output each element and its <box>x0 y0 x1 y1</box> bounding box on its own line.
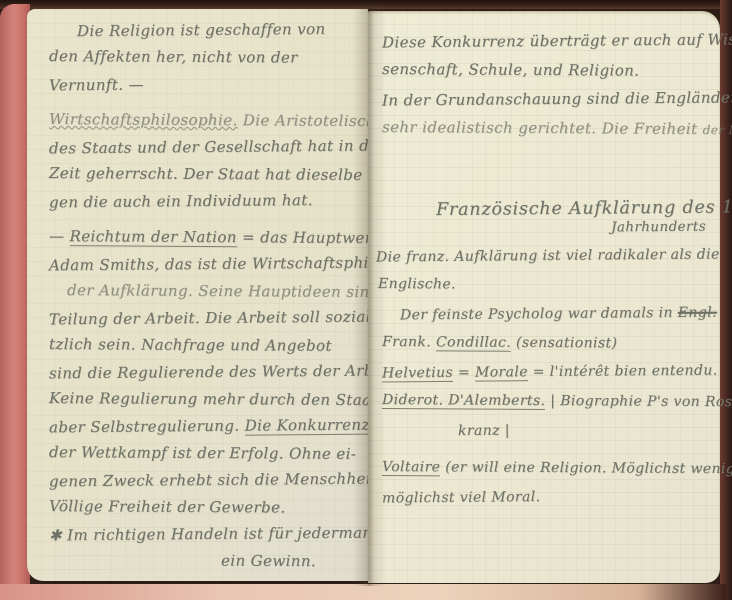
handwritten-line: Wirtschaftsphilosophie. Die Aristotelisc… <box>49 106 362 135</box>
section-heading-subline: Jahrhunderts <box>382 218 706 238</box>
right-page: Diese Konkurrenz überträgt er auch auf W… <box>368 11 720 583</box>
handwritten-line: Zeit geherrscht. Der Staat hat dieselbe … <box>49 160 362 189</box>
handwritten-line: Diese Konkurrenz überträgt er auch auf W… <box>382 26 712 58</box>
handwritten-line: Diderot. D'Alemberts. | Biographie P's v… <box>382 386 712 417</box>
handwritten-line: kranz | <box>458 415 712 446</box>
handwritten-line: In der Grundanschauung sind die Englände… <box>382 84 712 116</box>
handwritten-line: Die Religion ist geschaffen von <box>49 16 362 46</box>
handwritten-line: möglichst viel Moral. <box>382 481 712 513</box>
handwritten-line: Englische. <box>378 270 712 301</box>
handwritten-line: genen Zweck erhebt sich die Menschheit. <box>49 466 362 496</box>
handwritten-line: den Affekten her, nicht von der <box>49 43 362 72</box>
right-page-top-block: Diese Konkurrenz überträgt er auch auf W… <box>382 27 712 144</box>
handwritten-line: der Aufklärung. Seine Hauptideen sind a)… <box>67 277 362 306</box>
handwritten-line: Jahrhunderts <box>382 216 706 239</box>
handwritten-line: tzlich sein. Nachfrage und Angebot <box>49 331 362 360</box>
notebook-photo: Die Religion ist geschaffen von den Affe… <box>0 0 732 600</box>
handwritten-line: Teilung der Arbeit. Die Arbeit soll sozi… <box>49 304 362 334</box>
notebook-cover-bottom-edge <box>0 584 726 600</box>
handwritten-line: Frank. Condillac. (sensationist) <box>382 328 712 359</box>
handwritten-line: aber Selbstregulierung. Die Konkurrenz <box>49 412 362 442</box>
handwritten-line: Vernunft. — <box>49 70 362 100</box>
handwritten-line: senschaft, Schule, und Religion. <box>382 55 712 86</box>
handwritten-line: ✱ Im richtigen Handeln ist für jedermann <box>49 520 362 550</box>
handwritten-line: des Staats und der Gesellschaft hat in d… <box>49 133 362 163</box>
handwritten-line: Helvetius = Morale = l'intérêt bien ente… <box>382 356 712 388</box>
notebook-cover-top-edge <box>0 0 732 9</box>
handwritten-line: Völlige Freiheit der Gewerbe. <box>49 493 362 522</box>
notebook-cover-left-edge <box>0 4 30 600</box>
handwritten-line: Die franz. Aufklärung ist viel radikaler… <box>376 240 712 272</box>
handwritten-line: sind die Regulierende des Werts der Arbe… <box>49 358 362 388</box>
handwritten-line: Adam Smiths, das ist die Wirtschaftsphil… <box>49 250 362 280</box>
right-page-bottom-block: Die franz. Aufklärung ist viel radikaler… <box>382 242 712 512</box>
handwritten-line: sehr idealistisch gerichtet. Die Freihei… <box>382 113 712 145</box>
handwritten-line: ein Gewinn. <box>221 548 362 576</box>
handwritten-line: Keine Regulierung mehr durch den Staat <box>49 385 362 414</box>
handwritten-line: Voltaire (er will eine Religion. Möglich… <box>382 453 712 484</box>
handwritten-line: der Wettkampf ist der Erfolg. Ohne ei- <box>49 439 362 468</box>
handwritten-line: gen die auch ein Individuum hat. <box>49 187 362 217</box>
left-page: Die Religion ist geschaffen von den Affe… <box>27 9 368 581</box>
handwritten-line: — Reichtum der Nation = das Hauptwerk de… <box>49 223 362 252</box>
handwritten-line: Der feinste Psycholog war damals in Engl… <box>400 298 712 330</box>
